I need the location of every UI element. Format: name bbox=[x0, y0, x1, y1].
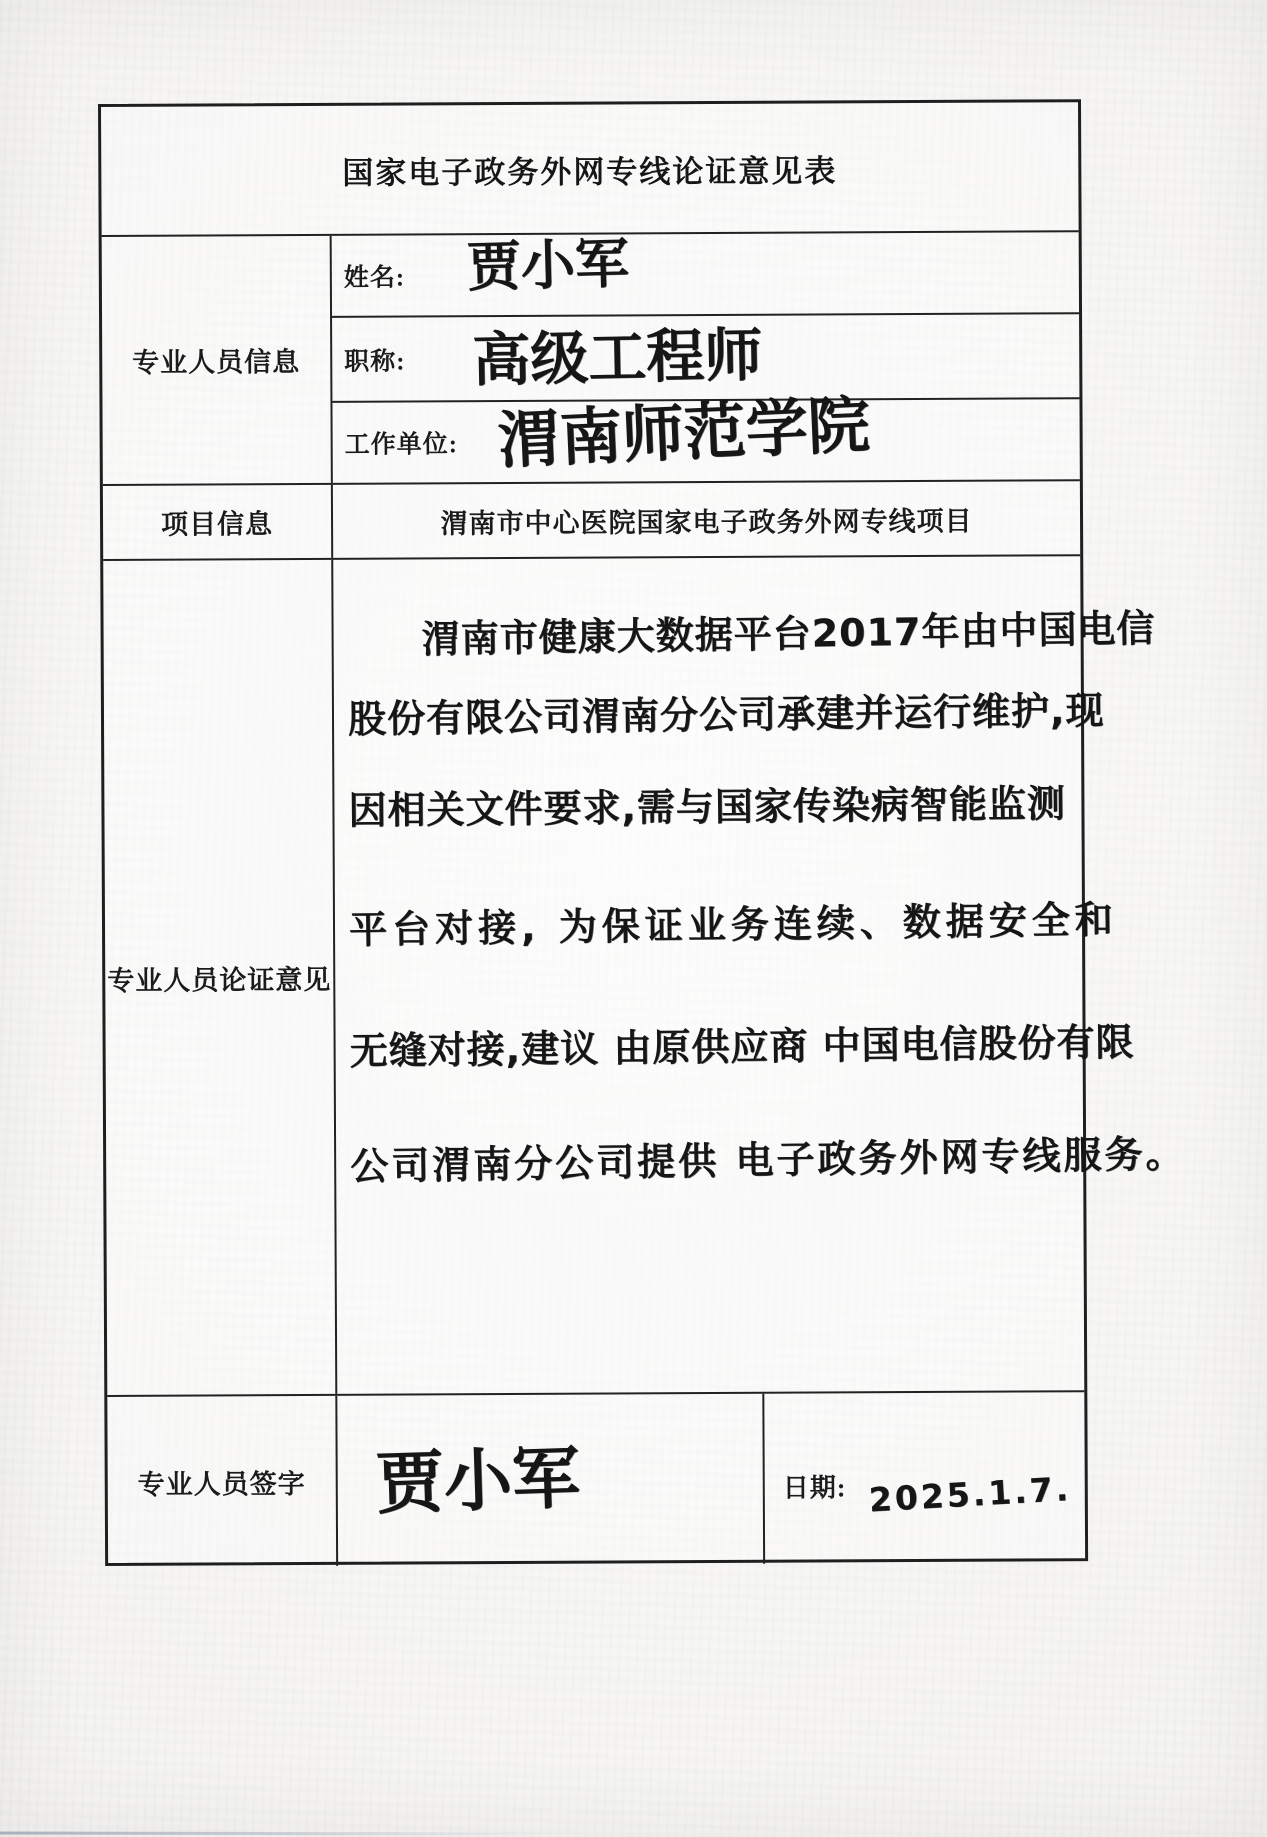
name-field-row: 姓名: 贾小军 bbox=[332, 232, 1079, 318]
project-section-row: 项目信息 渭南市中心医院国家电子政务外网专线项目 bbox=[103, 481, 1080, 561]
work-unit-field-row: 工作单位: 渭南师范学院 bbox=[332, 399, 1079, 483]
opinion-content-cell: 渭南市健康大数据平台2017年由中国电信 股份有限公司渭南分公司承建并运行维护,… bbox=[333, 556, 1084, 1394]
opinion-line: 无缝对接,建议 由原供应商 中国电信股份有限 bbox=[349, 1012, 1077, 1076]
handwritten-signature: 贾小军 bbox=[374, 1424, 581, 1527]
work-unit-handwritten-value: 渭南师范学院 bbox=[496, 375, 872, 480]
project-section-label: 项目信息 bbox=[161, 502, 273, 542]
opinion-line: 渭南市健康大数据平台2017年由中国电信 bbox=[347, 598, 1075, 664]
signature-section-label-cell: 专业人员签字 bbox=[107, 1396, 338, 1567]
opinion-section-label-cell: 专业人员论证意见 bbox=[103, 560, 337, 1395]
opinion-line: 公司渭南分公司提供 电子政务外网专线服务。 bbox=[350, 1124, 1078, 1190]
project-value-cell: 渭南市中心医院国家电子政务外网专线项目 bbox=[333, 481, 1080, 558]
opinion-section-label: 专业人员论证意见 bbox=[107, 957, 331, 997]
verification-form-table: 国家电子政务外网专线论证意见表 专业人员信息 姓名: 贾小军 职称: 高级工程师… bbox=[98, 99, 1088, 1566]
opinion-line: 平台对接, 为保证业务连续、数据安全和 bbox=[349, 889, 1077, 954]
page-title: 国家电子政务外网专线论证意见表 bbox=[342, 145, 837, 192]
job-title-field-label: 职称: bbox=[344, 341, 406, 377]
signature-cell: 贾小军 bbox=[337, 1394, 765, 1566]
opinion-line: 因相关文件要求,需与国家传染病智能监测 bbox=[348, 772, 1076, 834]
scanned-form-page: { "page": { "title": "国家电子政务外网专线论证意见表" }… bbox=[0, 0, 1267, 1837]
name-handwritten-value: 贾小军 bbox=[466, 221, 630, 302]
opinion-section-row: 专业人员论证意见 渭南市健康大数据平台2017年由中国电信 股份有限公司渭南分公… bbox=[103, 556, 1084, 1397]
name-field-label: 姓名: bbox=[344, 258, 406, 294]
scan-edge-artifact bbox=[0, 1832, 560, 1836]
project-section-label-cell: 项目信息 bbox=[103, 485, 333, 559]
personnel-section-label: 专业人员信息 bbox=[132, 340, 300, 380]
work-unit-field-label: 工作单位: bbox=[345, 424, 459, 461]
personnel-fields: 姓名: 贾小军 职称: 高级工程师 工作单位: 渭南师范学院 bbox=[332, 232, 1080, 483]
personnel-section-label-cell: 专业人员信息 bbox=[102, 236, 333, 484]
personnel-section-row: 专业人员信息 姓名: 贾小军 职称: 高级工程师 工作单位: 渭南师范学院 bbox=[102, 232, 1080, 486]
project-name-value: 渭南市中心医院国家电子政务外网专线项目 bbox=[333, 498, 1080, 541]
signature-section-label: 专业人员签字 bbox=[138, 1462, 306, 1502]
opinion-line: 股份有限公司渭南分公司承建并运行维护,现 bbox=[348, 680, 1076, 744]
date-cell: 日期: 2025.1.7. bbox=[764, 1392, 1085, 1564]
date-label: 日期: bbox=[783, 1467, 847, 1504]
signature-section-row: 专业人员签字 贾小军 日期: 2025.1.7. bbox=[107, 1392, 1085, 1567]
handwritten-date-value: 2025.1.7. bbox=[868, 1469, 1072, 1520]
title-row: 国家电子政务外网专线论证意见表 bbox=[101, 102, 1079, 237]
